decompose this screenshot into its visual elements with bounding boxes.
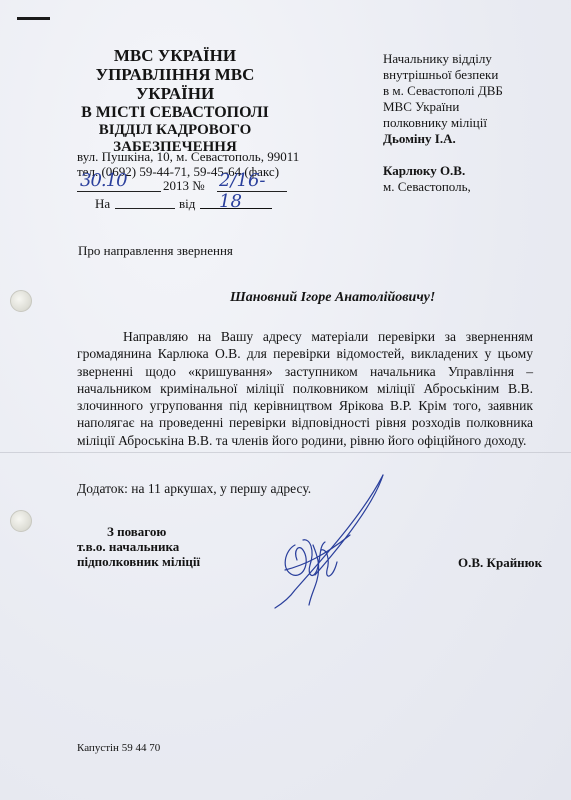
reference-na-label: На (95, 196, 110, 211)
letterhead-address: вул. Пушкіна, 10, м. Севастополь, 99011 (77, 149, 299, 164)
closing-line: підполковник міліції (77, 554, 200, 569)
recipient-name: Карлюку О.В. (383, 163, 503, 179)
date-underline (77, 191, 161, 192)
recipient-name: Дьоміну І.А. (383, 131, 503, 147)
letter-subject: Про направлення звернення (78, 243, 233, 259)
registration-line: 30.10 2013 № 2/16-18 (77, 176, 287, 192)
corner-dash-mark (17, 17, 50, 20)
reference-line: На від (95, 196, 275, 212)
paper-fold-line (0, 452, 571, 453)
letter-body: Направляю на Вашу адресу матеріали перев… (77, 328, 533, 449)
executor-contact: Капустін 59 44 70 (77, 742, 160, 754)
recipient-city: м. Севастополь, (383, 179, 503, 195)
recipient-block: Начальнику відділу внутрішньої безпеки в… (383, 51, 503, 195)
reference-blank (115, 208, 175, 209)
recipient-line: полковнику міліції (383, 115, 503, 131)
closing-line: т.в.о. начальника (77, 539, 200, 554)
letterhead: МВС УКРАЇНИ УПРАВЛІННЯ МВС УКРАЇНИ В МІС… (60, 46, 290, 156)
recipient-line: в м. Севастополі ДВБ (383, 83, 503, 99)
handwritten-date: 30.10 (80, 170, 127, 191)
letterhead-line: УКРАЇНИ (60, 84, 290, 103)
letterhead-line: МВС УКРАЇНИ (60, 46, 290, 65)
handwritten-signature-icon (255, 470, 395, 610)
reference-blank (200, 208, 272, 209)
salutation: Шановний Ігоре Анатолійовичу! (230, 290, 435, 306)
punch-hole-icon (10, 510, 32, 532)
scanned-letter-page: МВС УКРАЇНИ УПРАВЛІННЯ МВС УКРАЇНИ В МІС… (0, 0, 571, 800)
letterhead-line: В МІСТІ СЕВАСТОПОЛІ (60, 103, 290, 122)
punch-hole-icon (10, 290, 32, 312)
recipient-line: МВС України (383, 99, 503, 115)
recipient-line: внутрішньої безпеки (383, 67, 503, 83)
closing-block: З повагою т.в.о. начальника підполковник… (77, 524, 200, 569)
recipient-line: Начальнику відділу (383, 51, 503, 67)
registration-year-label: 2013 № (163, 178, 205, 194)
letterhead-line: УПРАВЛІННЯ МВС (60, 65, 290, 84)
reference-vid-label: від (179, 196, 195, 212)
signer-name: О.В. Крайнюк (458, 555, 542, 571)
closing-line: З повагою (77, 524, 200, 539)
letterhead-line: ВІДДІЛ КАДРОВОГО (60, 122, 290, 139)
